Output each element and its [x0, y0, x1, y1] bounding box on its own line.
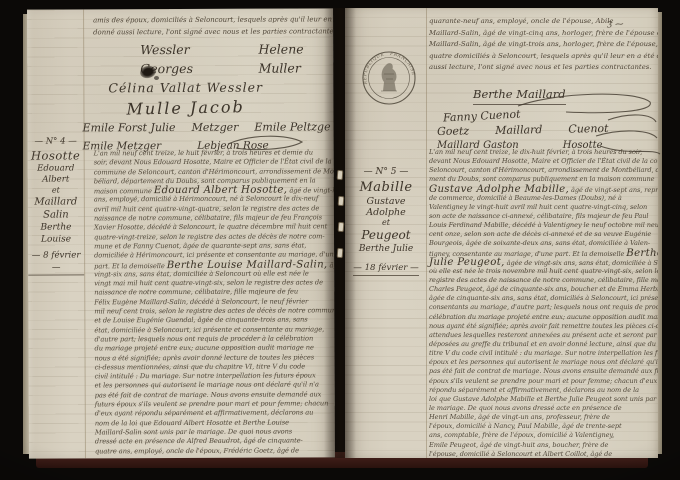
act-number: — N° 5 — — [347, 166, 425, 179]
margin-note-act-4: — N° 4 — Hosotte Edouard Albert et Maill… — [28, 135, 85, 275]
act-text-line: où elle est née le trois novembre mil hu… — [429, 267, 658, 276]
act-4-body: L'an mil neuf cent treize, le huit févri… — [94, 148, 335, 456]
act-text-line: amis des époux, domiciliés à Seloncourt,… — [93, 14, 335, 27]
act-text-line: Charles Peugeot, âgé de cinquante-six an… — [429, 285, 658, 294]
act-text-line: Seloncourt, canton d'Hérimoncourt, arron… — [429, 166, 658, 175]
bride-given-names: Berthe Louise — [28, 221, 84, 245]
act-5-body: L'an mil neuf cent treize, le dix-huit f… — [429, 148, 658, 458]
signature: Berthe Maillard — [473, 86, 566, 105]
bride-surname: Maillard Salin — [28, 195, 84, 221]
signature-row: Wessler GeorgesHelene Muller — [82, 39, 335, 78]
act-text-line: répondu séparément et affirmativement, d… — [429, 386, 658, 395]
act-text-line: et de Louise Eugénie Guendal, âgée de ci… — [94, 316, 335, 326]
act-text-line: de commerce, domicilié à Beaume-les-Dame… — [429, 194, 658, 203]
act-text-line: son acte de naissance ci-annexé, célibat… — [429, 212, 658, 221]
act-3-continuation: amis des époux, domiciliés à Seloncourt,… — [93, 14, 335, 38]
signature: Maillard — [495, 121, 543, 139]
signature-row: Emile Forst JulieMetzgerEmile Peltzge — [83, 118, 335, 136]
binding-gutter — [324, 8, 356, 458]
emphasized-name: Gustave Adolphe Mabille, — [429, 184, 569, 195]
act-text-line: Valentigney le vingt-huit avril mil huit… — [429, 203, 658, 212]
act-text-line: quarante-neuf ans, employé, oncle de l'é… — [429, 16, 658, 28]
act-text-line: L'an mil neuf cent treize, le dix-huit f… — [429, 148, 658, 157]
act-text-line: quatre domiciliés à Seloncourt, lesquels… — [429, 51, 658, 63]
act-text-line: devant Nous Edouard Hosotte, Maire et Of… — [429, 157, 658, 166]
act-text-line: époux et les personnes qui autorisent le… — [429, 358, 658, 367]
groom-surname: Hosotte — [28, 148, 84, 163]
bride-given-names: Berthe Julie — [347, 243, 425, 255]
signature: Mulle Jacob — [126, 96, 245, 121]
conjunction: et — [347, 218, 425, 228]
binding-stitch — [338, 222, 345, 232]
act-text-line: Emile Peugeot, âgé de vingt-huit ans, bo… — [429, 441, 658, 450]
act-text-line: quatre ans, employé, oncle de l'époux, F… — [95, 446, 335, 456]
act-text-line: déposées au greffe du tribunal et en avo… — [429, 340, 658, 349]
ink-speck — [154, 76, 159, 80]
act-number: — N° 4 — — [28, 135, 84, 148]
groom-surname: Mabille — [347, 179, 425, 196]
emphasized-name: Berthe — [626, 248, 658, 259]
stamp-border-text: RÉPUBLIQUE — [362, 52, 385, 85]
act-text-line: Julie Peugeot, âgée de vingt-six ans, sa… — [429, 258, 658, 267]
binding-stitch — [337, 170, 344, 180]
signature: Cuenot — [568, 120, 608, 138]
margin-note-act-5: — N° 5 — Mabille Gustave Adolphe et Peug… — [347, 166, 425, 276]
binding-stitch — [337, 248, 344, 258]
act-text-line: Henri Mabille, âgé de vingt-un ans, prof… — [429, 413, 658, 422]
act-date: — 18 février — — [353, 262, 419, 276]
act-text-line: aussi lecture, l'ont signé avec nous et … — [429, 62, 658, 74]
act-text-line: d'eux ayant répondu séparément et affirm… — [95, 409, 335, 419]
binding-stitch — [338, 196, 345, 206]
signature: Metzger — [192, 119, 239, 136]
conjunction: et — [28, 185, 84, 195]
act-text-line: donné aussi lecture, l'ont signé avec no… — [93, 26, 335, 39]
act-text-line: ans, comptable, frère de l'époux, domici… — [429, 431, 658, 440]
signature: Goetz — [437, 122, 469, 140]
act-text-line: l'époux, domicilié à Nancy, Paul Mabille… — [429, 422, 658, 431]
act-text-line: Maillard-Salin, âgé de vingt-cinq ans, h… — [429, 28, 658, 40]
act-text-line: Louis Ferdinand Mabille, décédé à Valent… — [429, 221, 658, 230]
act-text-line: célébration du mariage projeté entre eux… — [429, 313, 658, 322]
act-text-line: époux s'ils veulent se prendre pour mari… — [429, 377, 658, 386]
act-text-line: Bourgeois, âgée de soixante-deux ans, sa… — [429, 239, 658, 248]
signature: Célina Vallat Wessler — [108, 78, 263, 98]
act-text-line: titre V du code civil intitulé : du mari… — [429, 349, 658, 358]
act-text-line: vingt mai mil huit cent quatre-vingt-six… — [94, 278, 335, 288]
act-3-signatures: Wessler GeorgesHelene MullerCélina Valla… — [82, 39, 335, 154]
act-text-line: dressé acte en présence de Alfred Beaudr… — [95, 437, 335, 447]
bride-surname: Peugeot — [347, 228, 425, 243]
right-page: 3 ⁓ RÉPUBLIQUE FRANÇAISE quarante-neuf a… — [345, 8, 658, 458]
act-4-continuation: quarante-neuf ans, employé, oncle de l'é… — [429, 16, 658, 74]
signature-row: GoetzMaillardCuenot — [437, 119, 658, 140]
groom-given-names: Gustave Adolphe — [347, 196, 425, 218]
signature: Emile Peltzge — [254, 118, 330, 135]
act-text-line: registre des actes de naissance de notre… — [429, 276, 658, 285]
act-date: — 8 février — — [28, 249, 84, 275]
act-4-signatures: Berthe MaillardFanny CuenotGoetzMaillard… — [437, 86, 658, 153]
marianne-figure — [382, 63, 397, 91]
act-text-line: attendues lesquelles resteront annexées … — [429, 331, 658, 340]
act-text-line: nous ayant été signifiée; après avoir fa… — [429, 322, 658, 331]
act-text-line: loi que Gustave Adolphe Mabille et Berth… — [429, 395, 658, 404]
act-text-line: pas été fait de contrat de mariage. Nous… — [429, 367, 658, 376]
register-scan: amis des époux, domiciliés à Seloncourt,… — [0, 0, 680, 480]
act-text-line: consentants au mariage, d'autre part; le… — [429, 303, 658, 312]
left-page: amis des époux, domiciliés à Seloncourt,… — [27, 8, 335, 458]
official-stamp: RÉPUBLIQUE FRANÇAISE — [359, 48, 419, 108]
signature: Emile Forst Julie — [83, 119, 176, 136]
groom-given-names: Edouard Albert — [28, 163, 84, 185]
right-margin-rule — [426, 8, 427, 458]
act-text-line: Maillard-Salin, âgé de vingt-trois ans, … — [429, 39, 658, 51]
act-text-line: du mariage projeté entre eux; aucune opp… — [94, 344, 334, 354]
act-text-line: soir, devant Nous Edouard Hosotte, Maire… — [94, 158, 335, 168]
act-text-line: le mariage. De quoi nous avons dressé ac… — [429, 404, 658, 413]
act-text-line: cent onze, selon son acte de décès ci-an… — [429, 230, 658, 239]
act-text-line: Gustave Adolphe Mabille, âgé de vingt-se… — [429, 185, 658, 194]
act-text-line: l'épouse, domicilié à Seloncourt et Albe… — [429, 450, 658, 458]
act-text-line: âgée de cinquante-six ans, sans état, do… — [429, 294, 658, 303]
